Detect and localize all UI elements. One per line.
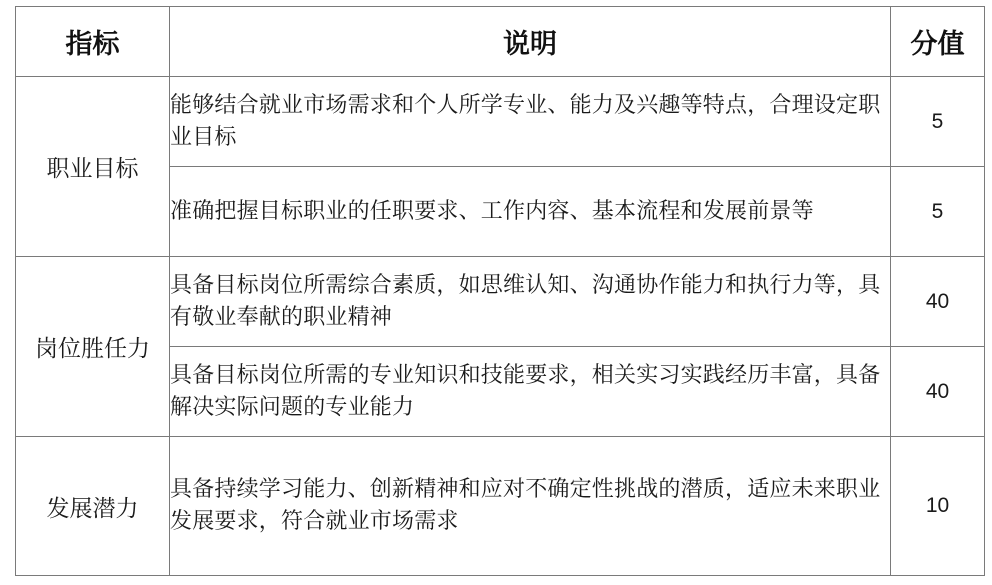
description-cell: 具备目标岗位所需的专业知识和技能要求，相关实习实践经历丰富，具备解决实际问题的专… (170, 347, 891, 437)
score-cell: 5 (891, 77, 985, 167)
table-row: 岗位胜任力 具备目标岗位所需综合素质，如思维认知、沟通协作能力和执行力等，具有敬… (16, 257, 985, 347)
description-cell: 具备持续学习能力、创新精神和应对不确定性挑战的潜质，适应未来职业发展要求，符合就… (170, 437, 891, 576)
table-row: 发展潜力 具备持续学习能力、创新精神和应对不确定性挑战的潜质，适应未来职业发展要… (16, 437, 985, 576)
table-row: 职业目标 能够结合就业市场需求和个人所学专业、能力及兴趣等特点，合理设定职业目标… (16, 77, 985, 167)
score-cell: 5 (891, 167, 985, 257)
score-cell: 10 (891, 437, 985, 576)
indicator-cell: 岗位胜任力 (16, 257, 170, 437)
scoring-table: 指标 说明 分值 职业目标 能够结合就业市场需求和个人所学专业、能力及兴趣等特点… (15, 6, 985, 576)
score-cell: 40 (891, 347, 985, 437)
description-cell: 具备目标岗位所需综合素质，如思维认知、沟通协作能力和执行力等，具有敬业奉献的职业… (170, 257, 891, 347)
indicator-cell: 发展潜力 (16, 437, 170, 576)
header-indicator: 指标 (16, 7, 170, 77)
header-row: 指标 说明 分值 (16, 7, 985, 77)
header-description: 说明 (170, 7, 891, 77)
indicator-cell: 职业目标 (16, 77, 170, 257)
header-score: 分值 (891, 7, 985, 77)
description-cell: 准确把握目标职业的任职要求、工作内容、基本流程和发展前景等 (170, 167, 891, 257)
description-cell: 能够结合就业市场需求和个人所学专业、能力及兴趣等特点，合理设定职业目标 (170, 77, 891, 167)
score-cell: 40 (891, 257, 985, 347)
